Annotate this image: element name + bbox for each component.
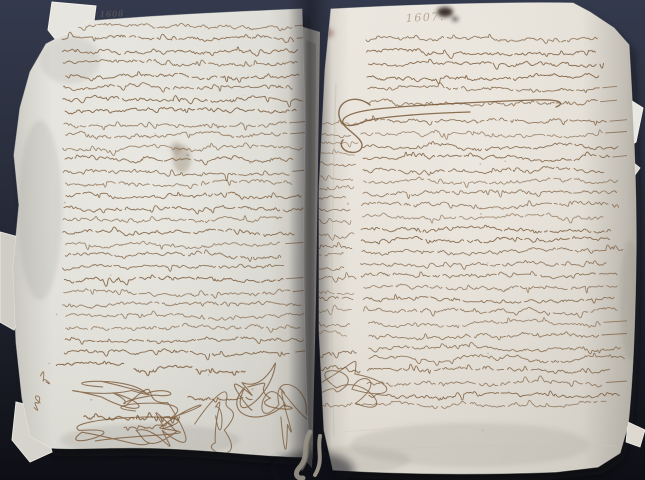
foxing-speck — [482, 430, 483, 431]
foxing-speck — [249, 162, 250, 163]
foxing-speck — [154, 133, 155, 134]
foxing-speck — [487, 353, 489, 355]
foxing-speck — [504, 160, 506, 162]
foxing-speck — [64, 202, 66, 204]
foxing-speck — [90, 399, 92, 401]
foxing-speck — [187, 154, 189, 156]
foxing-speck — [208, 374, 210, 376]
foxing-speck — [244, 95, 245, 96]
foxing-speck — [218, 204, 219, 205]
paper-stain — [452, 17, 458, 21]
right-page-year-annotation: 1607. — [405, 10, 445, 25]
manuscript-photo: 1608 1607. — [0, 0, 645, 480]
paper-stain — [18, 120, 62, 300]
foxing-speck — [487, 263, 488, 264]
foxing-speck — [98, 123, 99, 124]
manuscript-scene: 1608 1607. — [0, 0, 645, 480]
foxing-speck — [479, 163, 481, 165]
foxing-speck — [347, 203, 349, 205]
foxing-speck — [348, 134, 349, 135]
foxing-speck — [56, 314, 58, 316]
foxing-speck — [480, 213, 482, 215]
foxing-speck — [48, 363, 50, 365]
foxing-speck — [251, 388, 253, 390]
foxing-speck — [110, 275, 111, 276]
gutter-shadow — [288, 0, 332, 480]
left-page-folio-number: 1608 — [100, 9, 125, 19]
